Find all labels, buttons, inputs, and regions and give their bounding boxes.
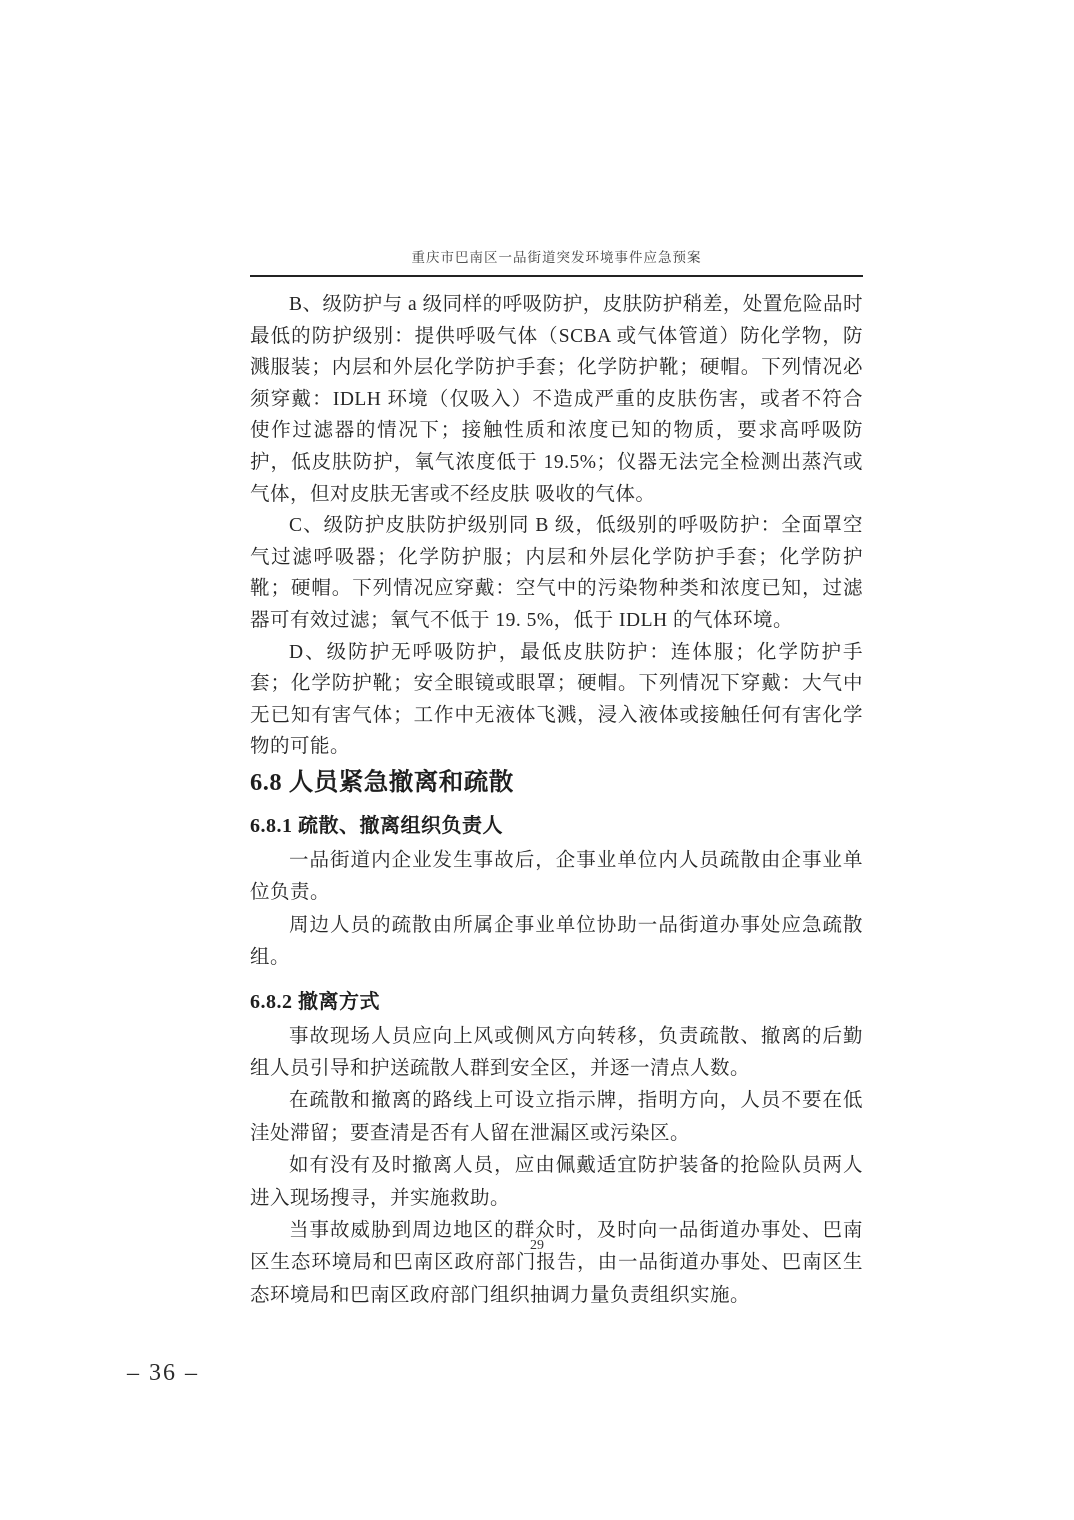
document-content-column: 重庆市巴南区一品街道突发环境事件应急预案 B、级防护与 a 级同样的呼吸防护，皮… xyxy=(250,246,863,1312)
outer-page-number: – 36 – xyxy=(127,1360,199,1387)
subsection-heading-6-8-1: 6.8.1 疏散、撤离组织负责人 xyxy=(250,813,863,840)
section-heading-6-8: 6.8 人员紧急撤离和疏散 xyxy=(250,767,863,799)
subsection-heading-6-8-2: 6.8.2 撤离方式 xyxy=(250,989,863,1016)
paragraph-6-8-1-line-1: 一品街道内企业发生事故后，企事业单位内人员疏散由企事业单位负责。 xyxy=(250,845,863,910)
paragraph-6-8-2-evacuation-direction: 事故现场人员应向上风或侧风方向转移，负责疏散、撤离的后勤组人员引导和护送疏散人群… xyxy=(250,1021,863,1086)
paragraph-protection-level-c: C、级防护皮肤防护级别同 B 级，低级别的呼吸防护：全面罩空气过滤呼吸器；化学防… xyxy=(250,510,863,636)
paragraph-protection-level-b: B、级防护与 a 级同样的呼吸防护，皮肤防护稍差，处置危险品时最低的防护级别：提… xyxy=(250,289,863,510)
document-page: 重庆市巴南区一品街道突发环境事件应急预案 B、级防护与 a 级同样的呼吸防护，皮… xyxy=(0,0,1074,1520)
paragraph-6-8-2-report-authorities: 当事故威胁到周边地区的群众时，及时向一品街道办事处、巴南区生态环境局和巴南区政府… xyxy=(250,1215,863,1312)
page-header: 重庆市巴南区一品街道突发环境事件应急预案 xyxy=(250,246,863,277)
paragraph-6-8-2-route-signs: 在疏散和撤离的路线上可设立指示牌，指明方向，人员不要在低洼处滞留；要查清是否有人… xyxy=(250,1085,863,1150)
footer-page-number: 29 xyxy=(0,1238,1074,1254)
paragraph-protection-level-d: D、级防护无呼吸防护，最低皮肤防护：连体服；化学防护手套；化学防护靴；安全眼镜或… xyxy=(250,637,863,763)
paragraph-6-8-2-rescue-search: 如有没有及时撤离人员，应由佩戴适宜防护装备的抢险队员两人进入现场搜寻，并实施救助… xyxy=(250,1150,863,1215)
paragraph-6-8-1-line-2: 周边人员的疏散由所属企事业单位协助一品街道办事处应急疏散组。 xyxy=(250,910,863,975)
document-body: B、级防护与 a 级同样的呼吸防护，皮肤防护稍差，处置危险品时最低的防护级别：提… xyxy=(250,277,863,1312)
running-header-title: 重庆市巴南区一品街道突发环境事件应急预案 xyxy=(250,246,863,266)
